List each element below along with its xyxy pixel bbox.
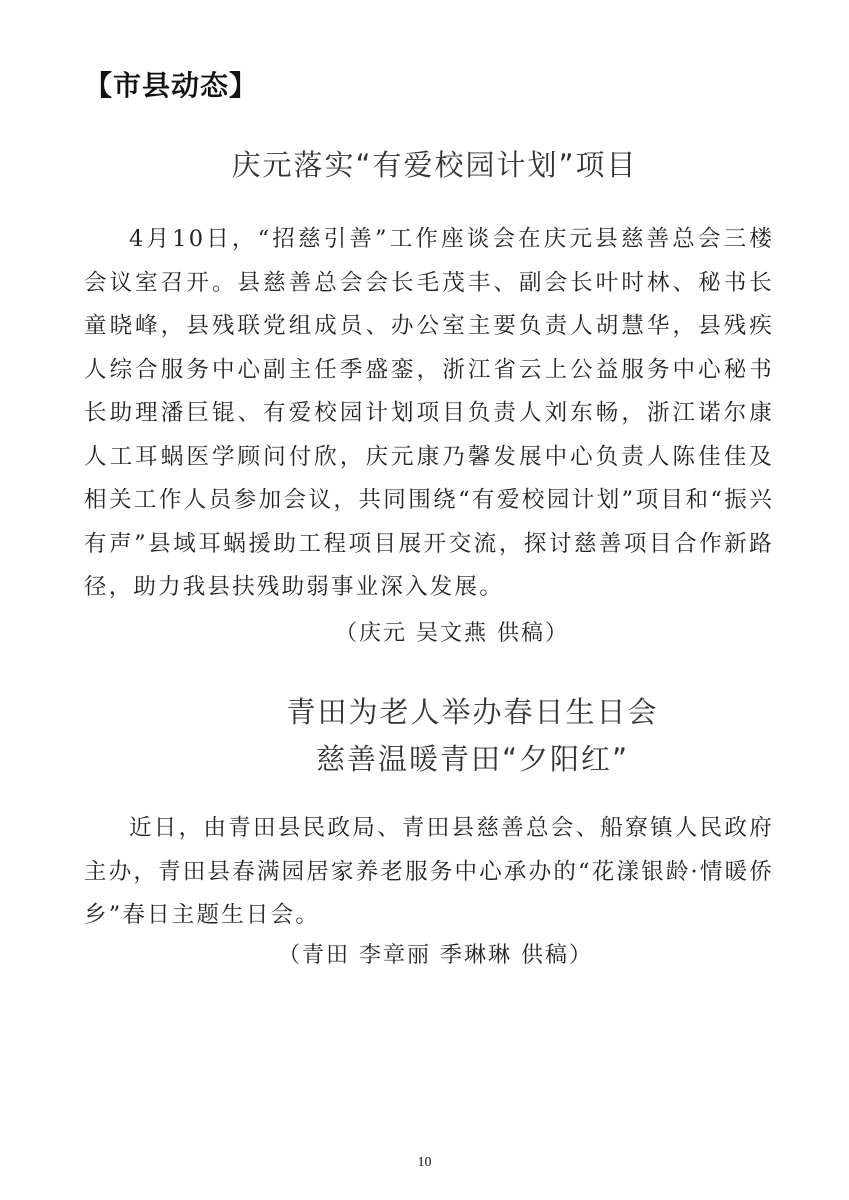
article-2-body: 近日，由青田县民政局、青田县慈善总会、船寮镇人民政府主办，青田县春满园居家养老服…: [84, 807, 774, 938]
article-1-credit: （庆元 吴文燕 供稿）: [335, 616, 569, 647]
article-1-body: 4月10日，“招慈引善”工作座谈会在庆元县慈善总会三楼会议室召开。县慈善总会会长…: [84, 218, 774, 610]
article-2-credit: （青田 李章丽 季琳琳 供稿）: [278, 938, 593, 969]
section-tag: 【市县动态】: [84, 64, 258, 104]
article-2-title-line-1: 青田为老人举办春日生日会: [48, 690, 849, 731]
page-number: 10: [0, 1155, 849, 1171]
article-2-title-line-2: 慈善温暖青田“夕阳红”: [48, 737, 849, 778]
article-1-title: 庆元落实“有爱校园计划”项目: [10, 143, 849, 184]
